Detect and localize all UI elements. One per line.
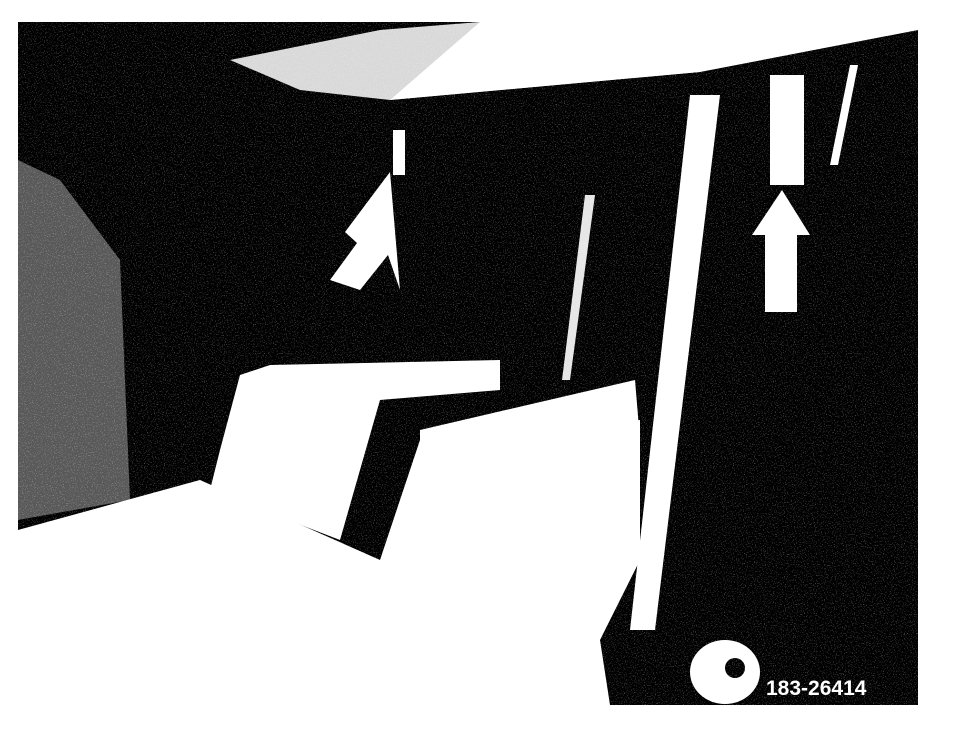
photograph — [0, 0, 960, 748]
figure-label: 183-26414 — [766, 677, 866, 701]
